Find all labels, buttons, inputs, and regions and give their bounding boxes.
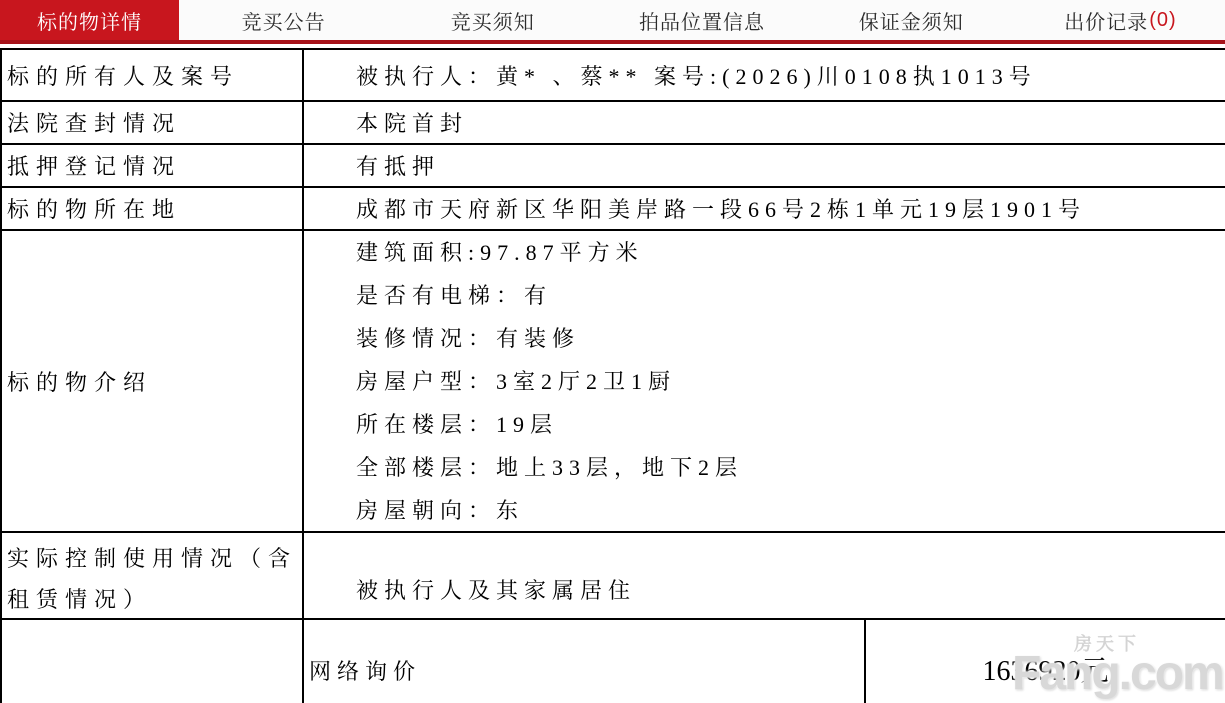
occupancy-value: 被执行人及其家属居住 <box>304 533 1225 618</box>
tab-target-details[interactable]: 标的物详情 <box>0 0 179 40</box>
row-mortgage: 抵押登记情况 有抵押 <box>2 145 1225 188</box>
row-online-valuation: 网络询价 1636920元 <box>2 620 1225 703</box>
tab-location-info[interactable]: 拍品位置信息 <box>597 0 806 40</box>
online-valuation-label: 网络询价 <box>304 620 866 703</box>
location-label: 标的物所在地 <box>2 188 304 229</box>
valuation-empty-label <box>2 620 304 703</box>
mortgage-label: 抵押登记情况 <box>2 145 304 186</box>
tab-deposit-notice[interactable]: 保证金须知 <box>807 0 1016 40</box>
introduction-value: 建筑面积:97.87平方米 是否有电梯：有 装修情况：有装修 房屋户型：3室2厅… <box>304 231 1225 531</box>
location-value: 成都市天府新区华阳美岸路一段66号2栋1单元19层1901号 <box>304 188 1225 229</box>
row-owner-and-case: 标的所有人及案号 被执行人：黄* 、蔡** 案号:(2026)川0108执101… <box>2 50 1225 102</box>
intro-line-floor: 所在楼层：19层 <box>356 403 743 446</box>
property-detail-table: 标的所有人及案号 被执行人：黄* 、蔡** 案号:(2026)川0108执101… <box>0 48 1225 703</box>
tab-bidding-instructions[interactable]: 竞买须知 <box>388 0 597 40</box>
occupancy-label: 实际控制使用情况（含租赁情况） <box>2 533 304 618</box>
intro-line-elevator: 是否有电梯：有 <box>356 274 743 317</box>
bid-count-badge: (0) <box>1149 9 1176 32</box>
intro-line-layout: 房屋户型：3室2厅2卫1厨 <box>356 360 743 403</box>
intro-line-orientation: 房屋朝向：东 <box>356 489 743 532</box>
court-seal-value: 本院首封 <box>304 102 1225 143</box>
mortgage-value: 有抵押 <box>304 145 1225 186</box>
row-court-seal: 法院查封情况 本院首封 <box>2 102 1225 145</box>
tab-bar: 标的物详情 竞买公告 竞买须知 拍品位置信息 保证金须知 出价记录(0) <box>0 0 1225 44</box>
intro-line-total-floors: 全部楼层：地上33层，地下2层 <box>356 446 743 489</box>
tab-bid-records-label: 出价记录 <box>1064 6 1148 35</box>
intro-line-building-area: 建筑面积:97.87平方米 <box>356 231 743 274</box>
row-property-location: 标的物所在地 成都市天府新区华阳美岸路一段66号2栋1单元19层1901号 <box>2 188 1225 231</box>
owner-case-value: 被执行人：黄* 、蔡** 案号:(2026)川0108执1013号 <box>304 50 1225 100</box>
introduction-label: 标的物介绍 <box>2 231 304 531</box>
tab-bid-records[interactable]: 出价记录(0) <box>1016 0 1225 40</box>
row-occupancy-status: 实际控制使用情况（含租赁情况） 被执行人及其家属居住 <box>2 533 1225 620</box>
intro-line-decoration: 装修情况：有装修 <box>356 317 743 360</box>
tab-auction-notice[interactable]: 竞买公告 <box>179 0 388 40</box>
court-seal-label: 法院查封情况 <box>2 102 304 143</box>
row-property-introduction: 标的物介绍 建筑面积:97.87平方米 是否有电梯：有 装修情况：有装修 房屋户… <box>2 231 1225 533</box>
owner-case-label: 标的所有人及案号 <box>2 50 304 100</box>
online-valuation-price: 1636920元 <box>866 620 1225 703</box>
